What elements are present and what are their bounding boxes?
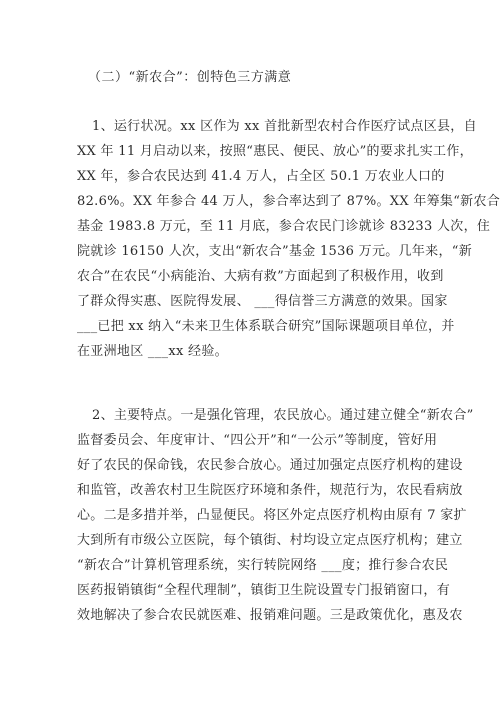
text-line: 农合”在农民“小病能治、大病有救”方面起到了积极作用，收到 (77, 264, 427, 289)
section-heading: （二）“新农合”：创特色三方满意 (88, 66, 291, 85)
text-line: ___已把 xx 纳入“未来卫生体系联合研究”国际课题项目单位，并 (77, 314, 427, 339)
text-line: 大到所有市级公立医院，每个镇街、村均设立定点医疗机构；建立 (77, 528, 427, 553)
text-line: XX 年 11 月启动以来，按照“惠民、便民、放心”的要求扎实工作， (77, 139, 427, 164)
text-line: 基金 1983.8 万元，至 11 月底，参合农民门诊就诊 83233 人次，住 (77, 214, 427, 239)
text-line: 好了农民的保命钱，农民参合放心。通过加强定点医疗机构的建设 (77, 453, 427, 478)
text-line: 82.6%。XX 年参合 44 万人，参合率达到了 87%。XX 年筹集“新农合… (77, 189, 427, 214)
text-line: XX 年，参合农民达到 41.4 万人，占全区 50.1 万农业人口的 (77, 164, 427, 189)
paragraph-main-features: 2、主要特点。一是强化管理，农民放心。通过建立健全“新农合” 监督委员会、年度审… (77, 403, 427, 628)
text-line: 心。二是多措并举，凸显便民。将区外定点医疗机构由原有 7 家扩 (77, 503, 427, 528)
text-line: 2、主要特点。一是强化管理，农民放心。通过建立健全“新农合” (77, 403, 427, 428)
text-line: “新农合”计算机管理系统，实行转院网络 ___度；推行参合农民 (77, 553, 427, 578)
document-page: （二）“新农合”：创特色三方满意 1、运行状况。xx 区作为 xx 首批新型农村… (0, 0, 500, 708)
text-line: 效地解决了参合农民就医难、报销难问题。三是政策优化，惠及农 (77, 603, 427, 628)
text-line: 了群众得实惠、医院得发展、 ___得信誉三方满意的效果。国家 (77, 289, 427, 314)
text-line: 医药报销镇街“全程代理制”，镇街卫生院设置专门报销窗口，有 (77, 578, 427, 603)
text-line: 监督委员会、年度审计、“四公开”和“一公示”等制度，管好用 (77, 428, 427, 453)
text-line: 和监管，改善农村卫生院医疗环境和条件，规范行为，农民看病放 (77, 478, 427, 503)
text-line: 1、运行状况。xx 区作为 xx 首批新型农村合作医疗试点区县，自 (77, 114, 427, 139)
text-line: 在亚洲地区 ___xx 经验。 (77, 339, 427, 364)
paragraph-operation-status: 1、运行状况。xx 区作为 xx 首批新型农村合作医疗试点区县，自 XX 年 1… (77, 114, 427, 364)
text-line: 院就诊 16150 人次，支出“新农合”基金 1536 万元。几年来，“新 (77, 239, 427, 264)
